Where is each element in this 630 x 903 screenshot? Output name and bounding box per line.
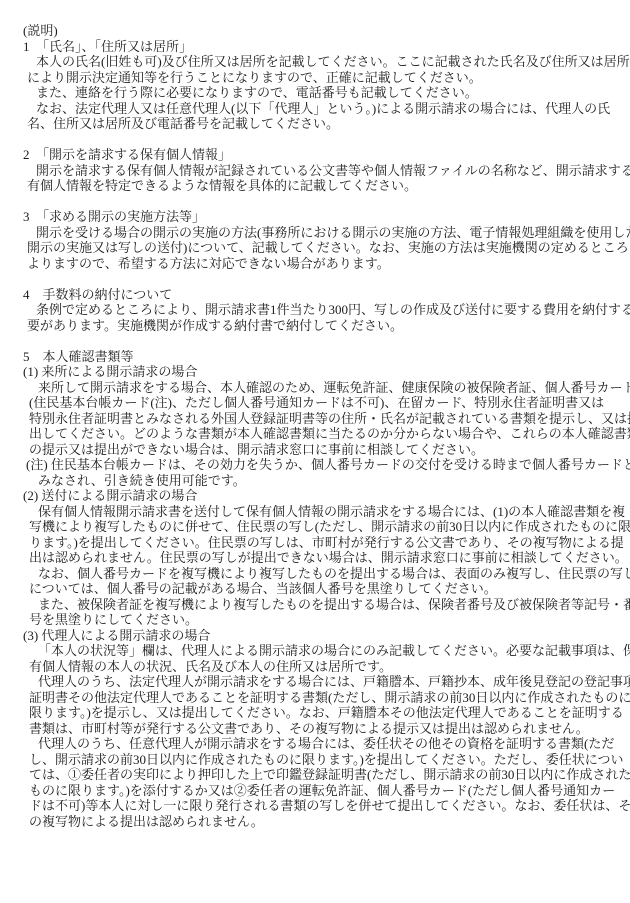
text-line: 有個人情報を特定できるような情報を具体的に記載してください。 — [27, 178, 630, 194]
text-line: 書類は、市町村等が発行する公文書であり、その複写物による提示又は提出は認められま… — [29, 721, 630, 737]
text-line: ります。)を提出してください。住民票の写しは、市町村が発行する公文書であり、その… — [29, 535, 630, 551]
text-line: 名、住所又は居所及び電話番号を記載してください。 — [27, 116, 630, 132]
text-line: 出は認められません。住民票の写しが提出できない場合は、開示請求窓口に事前に相談し… — [29, 550, 630, 566]
text-line: みなされ、引き続き使用可能です。 — [38, 473, 630, 489]
text-line: 「本人の状況等」欄は、代理人による開示請求の場合にのみ記載してください。必要な記… — [38, 643, 630, 659]
text-line: 代理人のうち、法定代理人が開示請求をする場合には、戸籍謄本、戸籍抄本、成年後見登… — [38, 674, 630, 690]
blank-line — [23, 194, 630, 210]
text-line: (注) 住民基本台帳カードは、その効力を失うか、個人番号カードの交付を受ける時ま… — [26, 457, 630, 473]
text-line: (説明) — [23, 23, 630, 39]
text-line: 4 手数料の納付について — [23, 287, 630, 303]
text-line: 代理人のうち、任意代理人が開示請求をする場合には、委任状その他その資格を証明する… — [38, 736, 630, 752]
text-line: 条例で定めるところにより、開示請求書1件当たり300円、写しの作成及び送付に要す… — [36, 302, 630, 318]
text-line: 出してください。どのような書類が本人確認書類に当たるのか分からない場合や、これら… — [29, 426, 630, 442]
text-line: ものに限ります。)を添付するか又は②委任者の運転免許証、個人番号カード(ただし個… — [29, 783, 630, 799]
text-line: また、連絡を行う際に必要になりますので、電話番号も記載してください。 — [36, 85, 630, 101]
text-line: ドは不可)等本人に対し一に限り発行される書類の写しを併せて提出してください。なお… — [29, 798, 630, 814]
text-line: し、開示請求の前30日以内に作成されたものに限ります。)を提出してください。ただ… — [29, 752, 630, 768]
text-line: 開示の実施又は写しの送付)について、記載してください。なお、実施の方法は実施機関… — [27, 240, 630, 256]
blank-line — [23, 333, 630, 349]
text-line: よりますので、希望する方法に対応できない場合があります。 — [27, 256, 630, 272]
text-line: (1) 来所による開示請求の場合 — [23, 364, 630, 380]
text-line: の複写物による提出は認められません。 — [29, 814, 630, 830]
text-line: 2 「開示を請求する保有個人情報」 — [23, 147, 630, 163]
blank-line — [23, 132, 630, 148]
text-line: 限ります。)を提示し、又は提出してください。なお、戸籍謄本その他法定代理人である… — [29, 705, 630, 721]
text-line: 1 「氏名」、「住所又は居所」 — [23, 39, 630, 55]
text-line: の提示又は提出ができない場合は、開示請求窓口に事前に相談してください。 — [29, 442, 630, 458]
text-line: なお、個人番号カードを複写機により複写したものを提出する場合は、表面のみ複写し、… — [38, 566, 630, 582]
text-line: ては、①委任者の実印により押印した上で印鑑登録証明書(ただし、開示請求の前30日… — [29, 767, 630, 783]
text-line: (住民基本台帳カード(注)、ただし個人番号通知カードは不可)、在留カード、特別永… — [29, 395, 630, 411]
text-line: 3 「求める開示の実施方法等」 — [23, 209, 630, 225]
text-line: 来所して開示請求をする場合、本人確認のため、運転免許証、健康保険の被保険者証、個… — [38, 380, 630, 396]
document-page: (説明)1 「氏名」、「住所又は居所」本人の氏名(旧姓も可)及び住所又は居所を記… — [0, 0, 630, 903]
blank-line — [23, 271, 630, 287]
text-line: 特別永住者証明書とみなされる外国人登録証明書等の住所・氏名が記載されている書類を… — [29, 411, 630, 427]
text-line: また、被保険者証を複写機により複写したものを提出する場合は、保険者番号及び被保険… — [38, 597, 630, 613]
text-line: 写機により複写したものに併せて、住民票の写し(ただし、開示請求の前30日以内に作… — [29, 519, 630, 535]
text-line: により開示決定通知等を行うことになりますので、正確に記載してください。 — [27, 70, 630, 86]
text-line: 本人の氏名(旧姓も可)及び住所又は居所を記載してください。ここに記載された氏名及… — [36, 54, 630, 70]
text-line: 5 本人確認書類等 — [23, 349, 630, 365]
document-text: (説明)1 「氏名」、「住所又は居所」本人の氏名(旧姓も可)及び住所又は居所を記… — [0, 23, 630, 829]
text-line: 開示を受ける場合の開示の実施の方法(事務所における開示の実施の方法、電子情報処理… — [36, 225, 630, 241]
text-line: (3) 代理人による開示請求の場合 — [23, 628, 630, 644]
text-line: 号を黒塗りにしてください。 — [29, 612, 630, 628]
text-line: 証明書その他法定代理人であることを証明する書類(ただし、開示請求の前30日以内に… — [29, 690, 630, 706]
text-line: (2) 送付による開示請求の場合 — [23, 488, 630, 504]
text-line: 開示を請求する保有個人情報が記録されている公文書等や個人情報ファイルの名称など、… — [36, 163, 630, 179]
text-line: 要があります。実施機関が作成する納付書で納付してください。 — [27, 318, 630, 334]
text-line: なお、法定代理人又は任意代理人(以下「代理人」という。)による開示請求の場合には… — [36, 101, 630, 117]
text-line: については、個人番号の記載がある場合、当該個人番号を黒塗りしてください。 — [29, 581, 630, 597]
text-line: 保有個人情報開示請求書を送付して保有個人情報の開示請求をする場合には、(1)の本… — [38, 504, 630, 520]
text-line: 有個人情報の本人の状況、氏名及び本人の住所又は居所です。 — [29, 659, 630, 675]
